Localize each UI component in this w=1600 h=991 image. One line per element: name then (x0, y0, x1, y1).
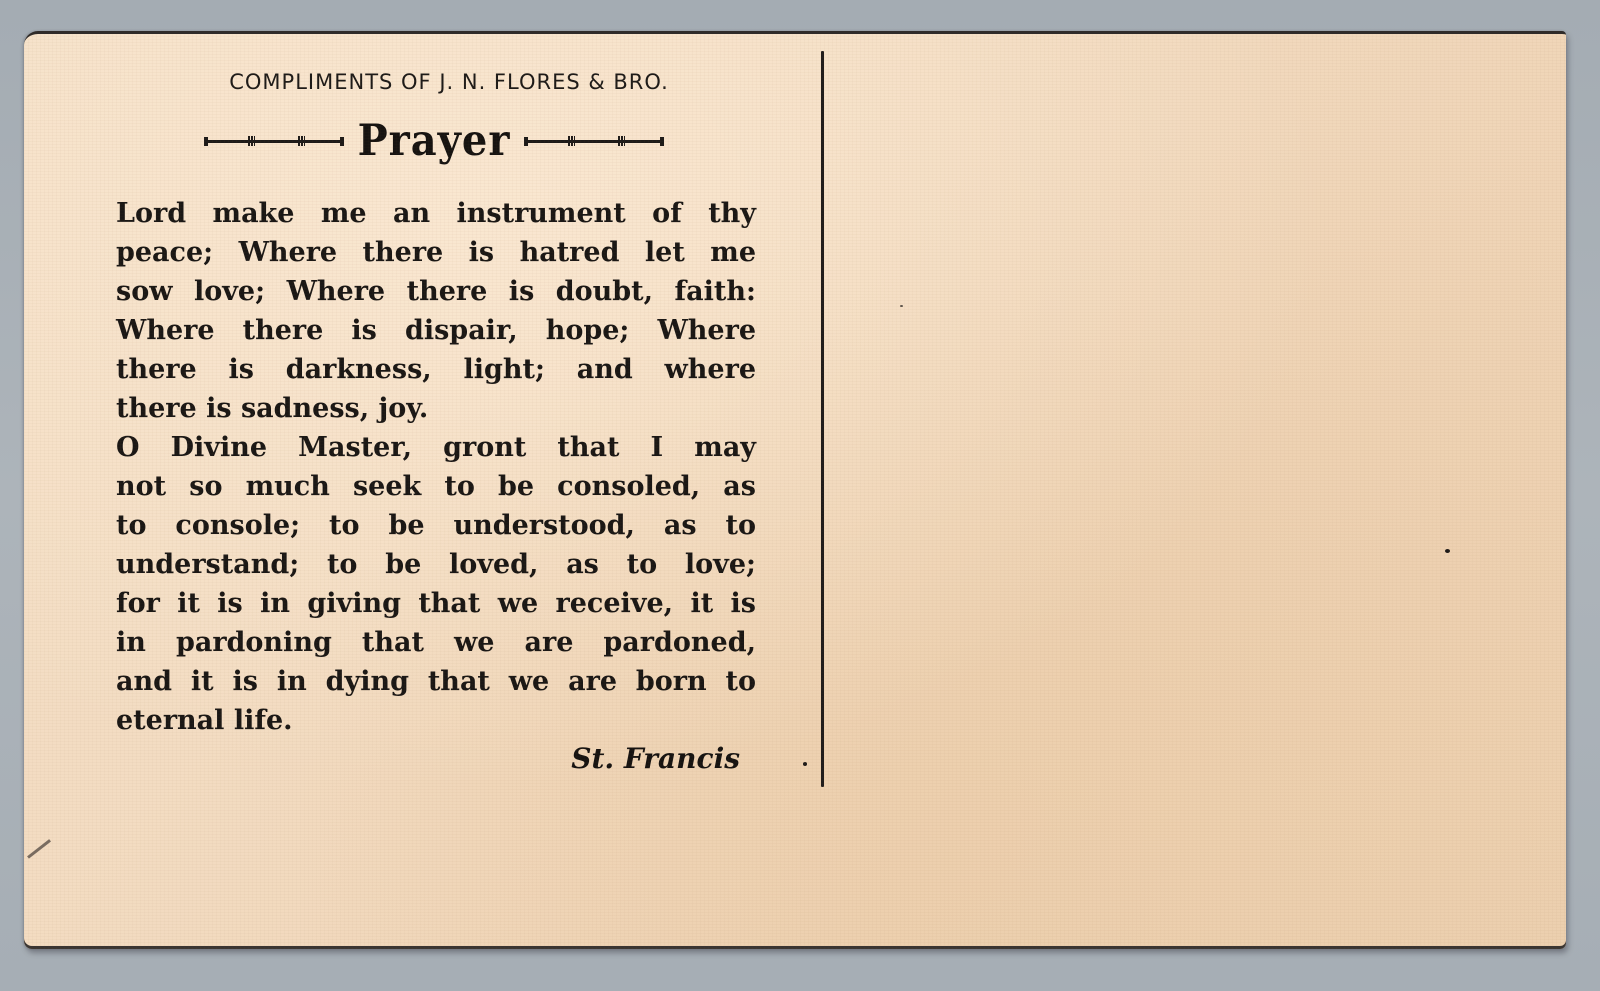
prayer-line: understand; to be loved, as to love; (116, 545, 756, 584)
prayer-line: to console; to be understood, as to (116, 506, 756, 545)
publisher-credit: COMPLIMENTS OF J. N. FLORES & BRO. (179, 70, 719, 94)
prayer-line: sow love; Where there is doubt, faith: (116, 272, 756, 311)
prayer-line: there is darkness, light; and where (116, 350, 756, 389)
ink-speck (803, 762, 807, 766)
ink-speck (1445, 549, 1450, 553)
prayer-line: there is sadness, joy. (116, 389, 756, 428)
ornamental-rule-left-icon (204, 136, 344, 146)
ink-speck (900, 305, 903, 307)
prayer-line: O Divine Master, gront that I may (116, 428, 756, 467)
prayer-line: Where there is dispair, hope; Where (116, 311, 756, 350)
prayer-line: not so much seek to be consoled, as (116, 467, 756, 506)
title-row: Prayer (204, 116, 664, 166)
prayer-line: peace; Where there is hatred let me (116, 233, 756, 272)
address-area (826, 34, 1566, 949)
prayer-line: and it is in dying that we are born to (116, 662, 756, 701)
prayer-line: for it is in giving that we receive, it … (116, 584, 756, 623)
prayer-title: Prayer (358, 119, 511, 162)
prayer-line: in pardoning that we are pardoned, (116, 623, 756, 662)
center-divider-line (821, 51, 824, 787)
prayer-line: Lord make me an instrument of thy (116, 194, 756, 233)
ornamental-rule-right-icon (524, 136, 664, 146)
postcard: COMPLIMENTS OF J. N. FLORES & BRO. Praye… (24, 31, 1566, 949)
prayer-line: eternal life. (116, 701, 756, 740)
corner-crease (27, 839, 51, 859)
attribution: St. Francis (524, 742, 740, 775)
prayer-text: Lord make me an instrument of thy peace;… (116, 194, 756, 740)
